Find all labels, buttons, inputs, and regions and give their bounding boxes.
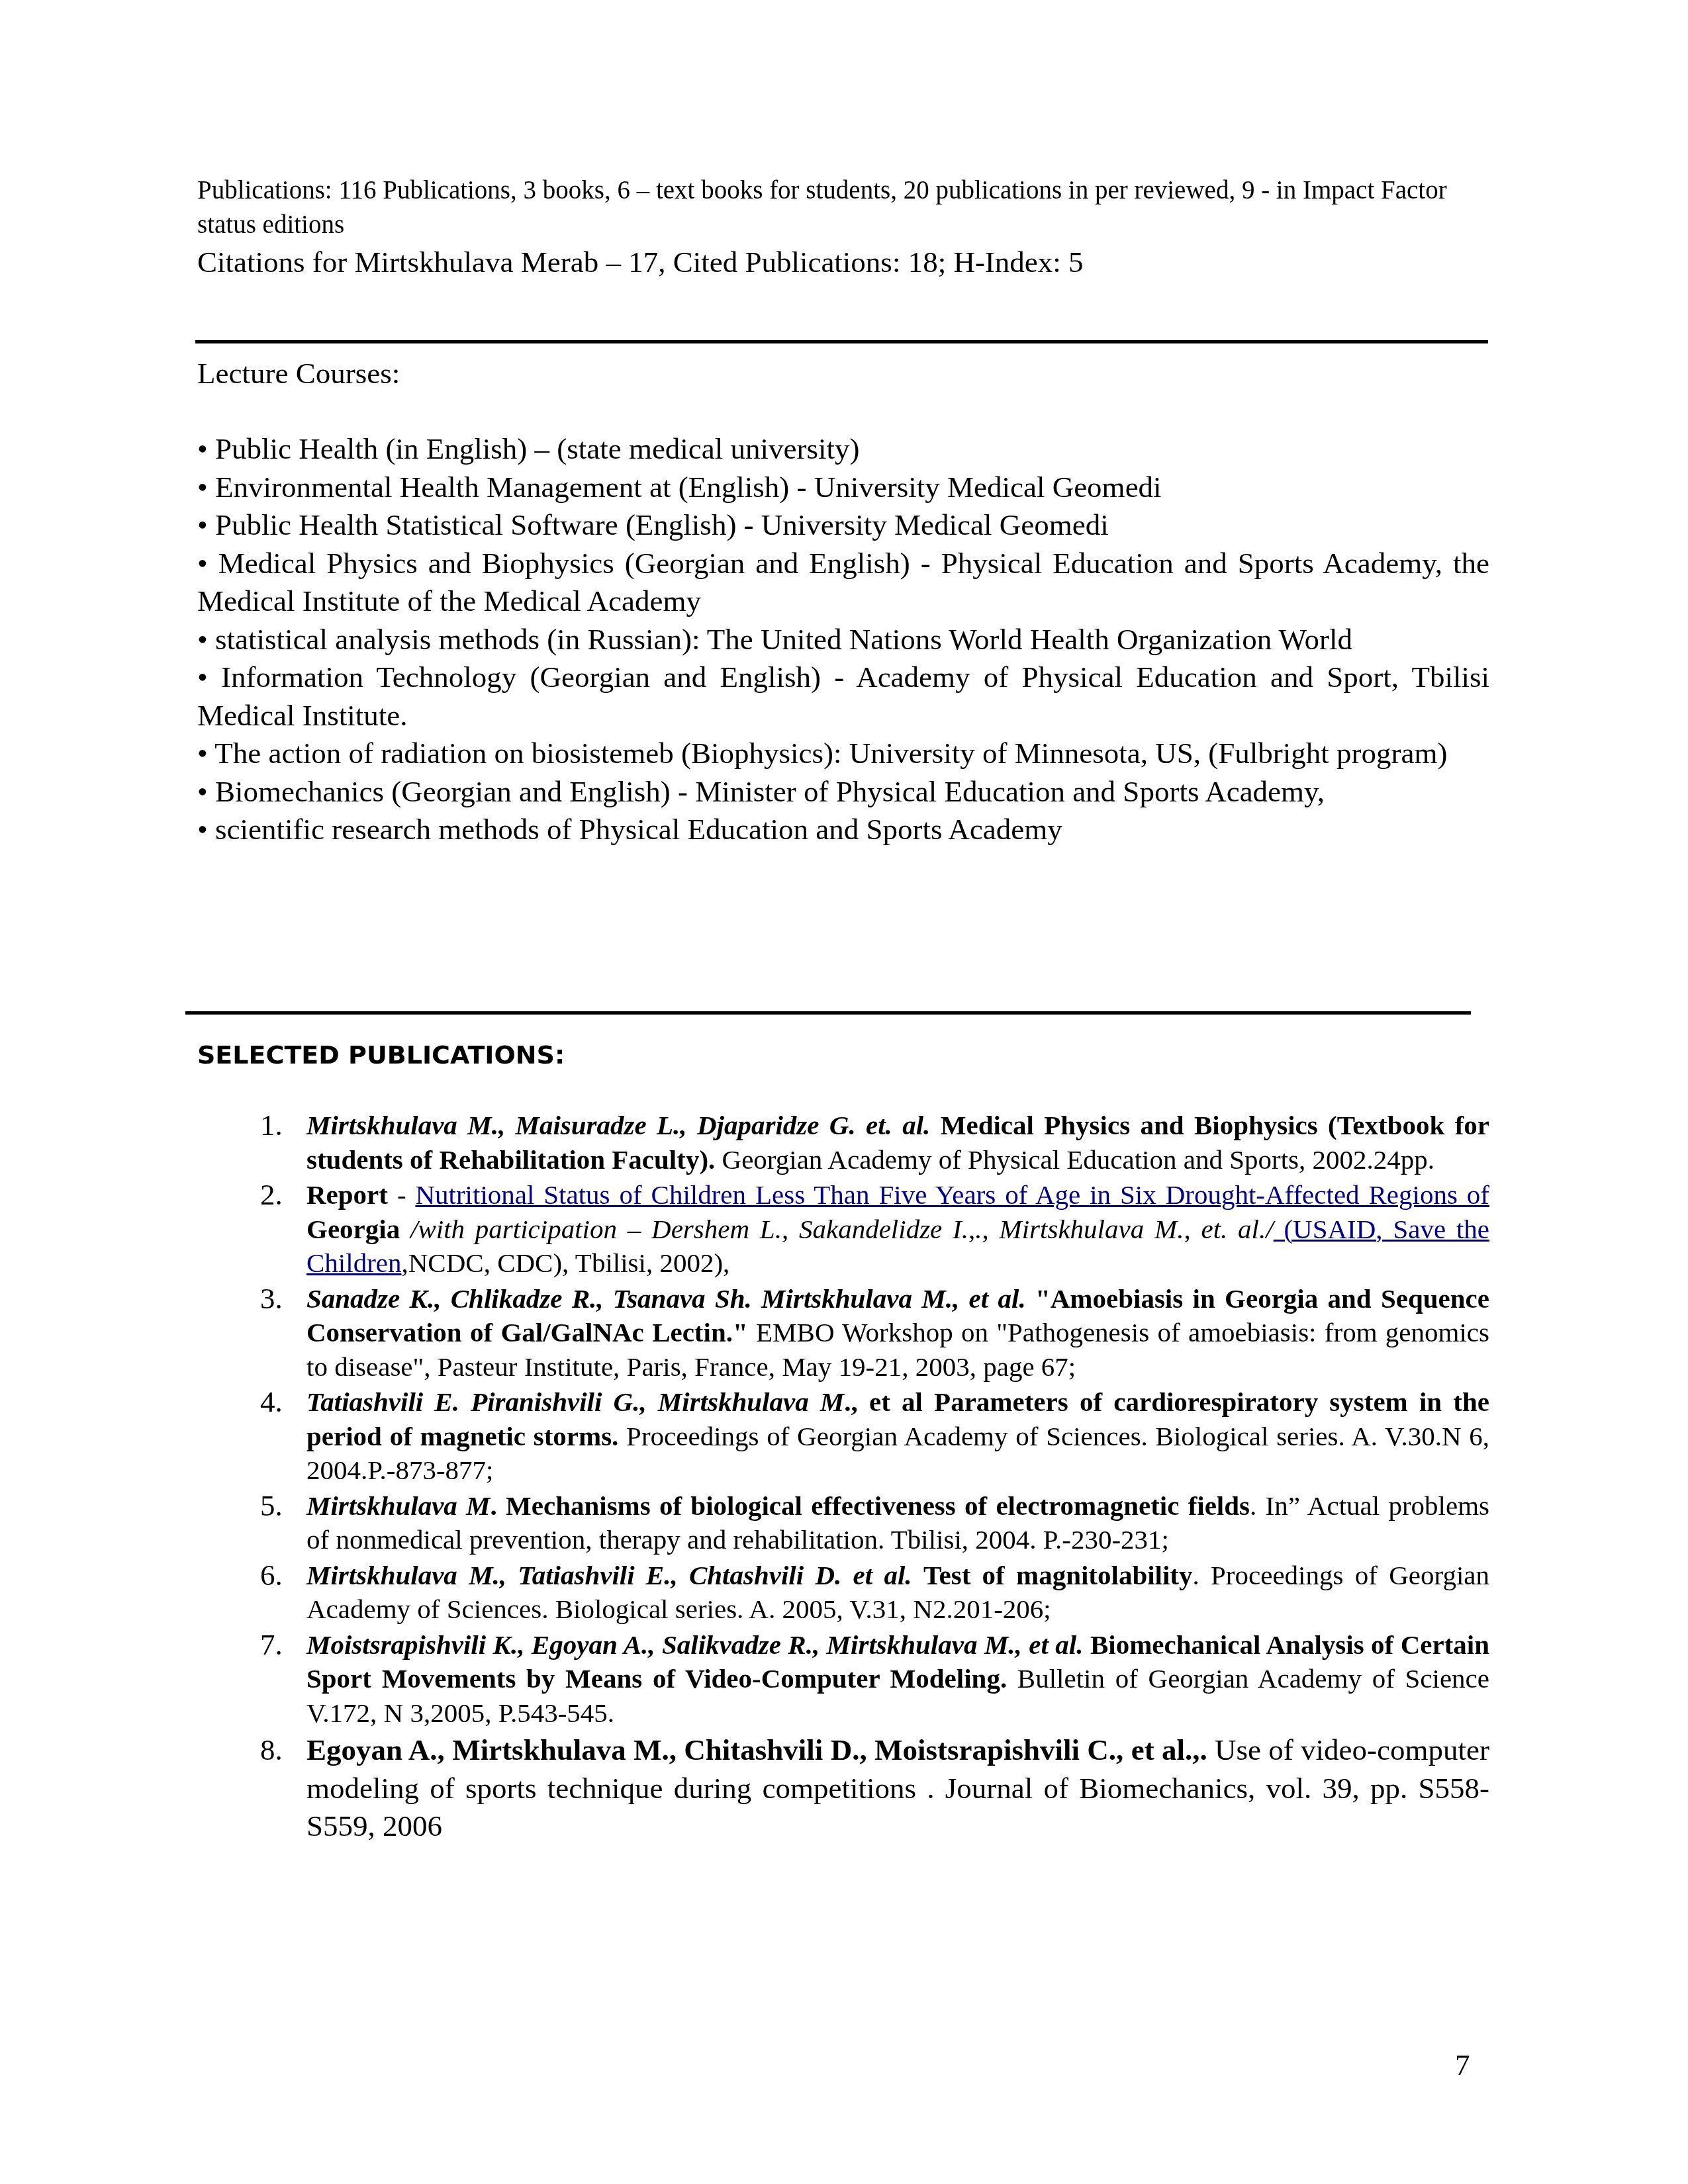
- bullet-icon: •: [197, 432, 208, 465]
- course-text: Public Health (in English) – (state medi…: [215, 432, 860, 465]
- publication-item: 4.Tatiashvili E. Piranishvili G., Mirtsk…: [260, 1385, 1489, 1488]
- course-text: scientific research methods of Physical …: [215, 813, 1062, 846]
- publication-number: 3.: [260, 1282, 283, 1316]
- course-text: statistical analysis methods (in Russian…: [215, 623, 1352, 656]
- course-text: Public Health Statistical Software (Engl…: [215, 508, 1109, 541]
- course-item: • Information Technology (Georgian and E…: [197, 659, 1489, 735]
- publication-item: 1.Mirtskhulava M., Maisuradze L., Djapar…: [260, 1109, 1489, 1177]
- lecture-courses-heading: Lecture Courses:: [197, 355, 400, 392]
- publication-number: 4.: [260, 1385, 283, 1420]
- publication-number: 6.: [260, 1559, 283, 1593]
- publication-text: Mirtskhulava M: [306, 1490, 491, 1521]
- bullet-icon: •: [197, 471, 208, 504]
- publications-summary: Publications: 116 Publications, 3 books,…: [197, 173, 1495, 242]
- publication-text: [400, 1214, 410, 1244]
- lecture-courses-list: • Public Health (in English) – (state me…: [197, 430, 1489, 849]
- page-number: 7: [1455, 2046, 1470, 2083]
- publication-text: Tatiashvili E. Piranishvili G., Mirtskhu…: [306, 1387, 844, 1417]
- publication-text: Mirtskhulava M., Tatiashvili E., Chtashv…: [306, 1560, 912, 1590]
- horizontal-rule: [195, 340, 1488, 343]
- publication-text: Sanadze K., Chlikadze R., Tsanava Sh. Mi…: [306, 1283, 1026, 1314]
- publication-number: 5.: [260, 1489, 283, 1524]
- publication-text: /with participation – Dershem L., Sakand…: [410, 1214, 1274, 1244]
- bullet-icon: •: [197, 737, 208, 770]
- publication-number: 7.: [260, 1628, 283, 1662]
- selected-publications-heading: SELECTED PUBLICATIONS:: [197, 1038, 565, 1072]
- publication-item: 8.Egoyan A., Mirtskhulava M., Chitashvil…: [260, 1731, 1489, 1846]
- course-text: Environmental Health Management at (Engl…: [215, 471, 1162, 504]
- citations-summary: Citations for Mirtskhulava Merab – 17, C…: [197, 244, 1495, 281]
- publication-text: Georgian Academy of Physical Education a…: [715, 1144, 1434, 1175]
- course-item: • Environmental Health Management at (En…: [197, 469, 1489, 507]
- bullet-icon: •: [197, 547, 208, 580]
- publication-text: Test of magnitolability: [923, 1560, 1193, 1590]
- course-text: Information Technology (Georgian and Eng…: [197, 660, 1489, 732]
- publication-item: 7. Moistsrapishvili K., Egoyan A., Salik…: [260, 1628, 1489, 1731]
- publication-text: Report: [306, 1179, 388, 1210]
- course-item: • scientific research methods of Physica…: [197, 811, 1489, 849]
- publication-text: [1026, 1283, 1035, 1314]
- course-text: The action of radiation on biosistemeb (…: [214, 737, 1447, 770]
- course-item: • Public Health Statistical Software (En…: [197, 506, 1489, 545]
- bullet-icon: •: [197, 813, 208, 846]
- course-item: • statistical analysis methods (in Russi…: [197, 621, 1489, 659]
- publication-text: Egoyan A., Mirtskhulava M., Chitashvili …: [306, 1733, 1207, 1766]
- publication-text: Moistsrapishvili K., Egoyan A., Salikvad…: [306, 1629, 1084, 1660]
- publication-text: [930, 1110, 940, 1140]
- publication-text: [1084, 1629, 1090, 1660]
- course-item: • Medical Physics and Biophysics (Georgi…: [197, 545, 1489, 621]
- publication-item: 3.Sanadze K., Chlikadze R., Tsanava Sh. …: [260, 1282, 1489, 1385]
- publication-text: ,NCDC, CDC), Tbilisi, 2002),: [401, 1248, 729, 1278]
- publication-number: 1.: [260, 1109, 283, 1143]
- course-text: Biomechanics (Georgian and English) - Mi…: [215, 775, 1325, 808]
- bullet-icon: •: [197, 775, 208, 808]
- course-item: • Public Health (in English) – (state me…: [197, 430, 1489, 469]
- bullet-icon: •: [197, 508, 208, 541]
- publication-number: 8.: [260, 1731, 283, 1770]
- publication-item: 2.Report - Nutritional Status of Childre…: [260, 1178, 1489, 1281]
- course-text: Medical Physics and Biophysics (Georgian…: [197, 547, 1489, 618]
- course-item: • The action of radiation on biosistemeb…: [197, 735, 1489, 773]
- publication-text: Georgia: [306, 1214, 400, 1244]
- bullet-icon: •: [197, 623, 208, 656]
- publication-text: -: [388, 1179, 416, 1210]
- publication-text: . Mechanisms of biological effectiveness…: [491, 1490, 1250, 1521]
- publication-number: 2.: [260, 1178, 283, 1212]
- bullet-icon: •: [197, 660, 208, 694]
- publication-link[interactable]: Nutritional Status of Children Less Than…: [415, 1179, 1489, 1210]
- publication-text: Mirtskhulava M., Maisuradze L., Djaparid…: [306, 1110, 930, 1140]
- publications-list: 1.Mirtskhulava M., Maisuradze L., Djapar…: [260, 1109, 1489, 1847]
- publication-item: 6. Mirtskhulava M., Tatiashvili E., Chta…: [260, 1559, 1489, 1627]
- publication-text: [912, 1560, 923, 1590]
- horizontal-rule: [185, 1011, 1471, 1015]
- course-item: • Biomechanics (Georgian and English) - …: [197, 773, 1489, 811]
- publication-item: 5.Mirtskhulava M. Mechanisms of biologic…: [260, 1489, 1489, 1557]
